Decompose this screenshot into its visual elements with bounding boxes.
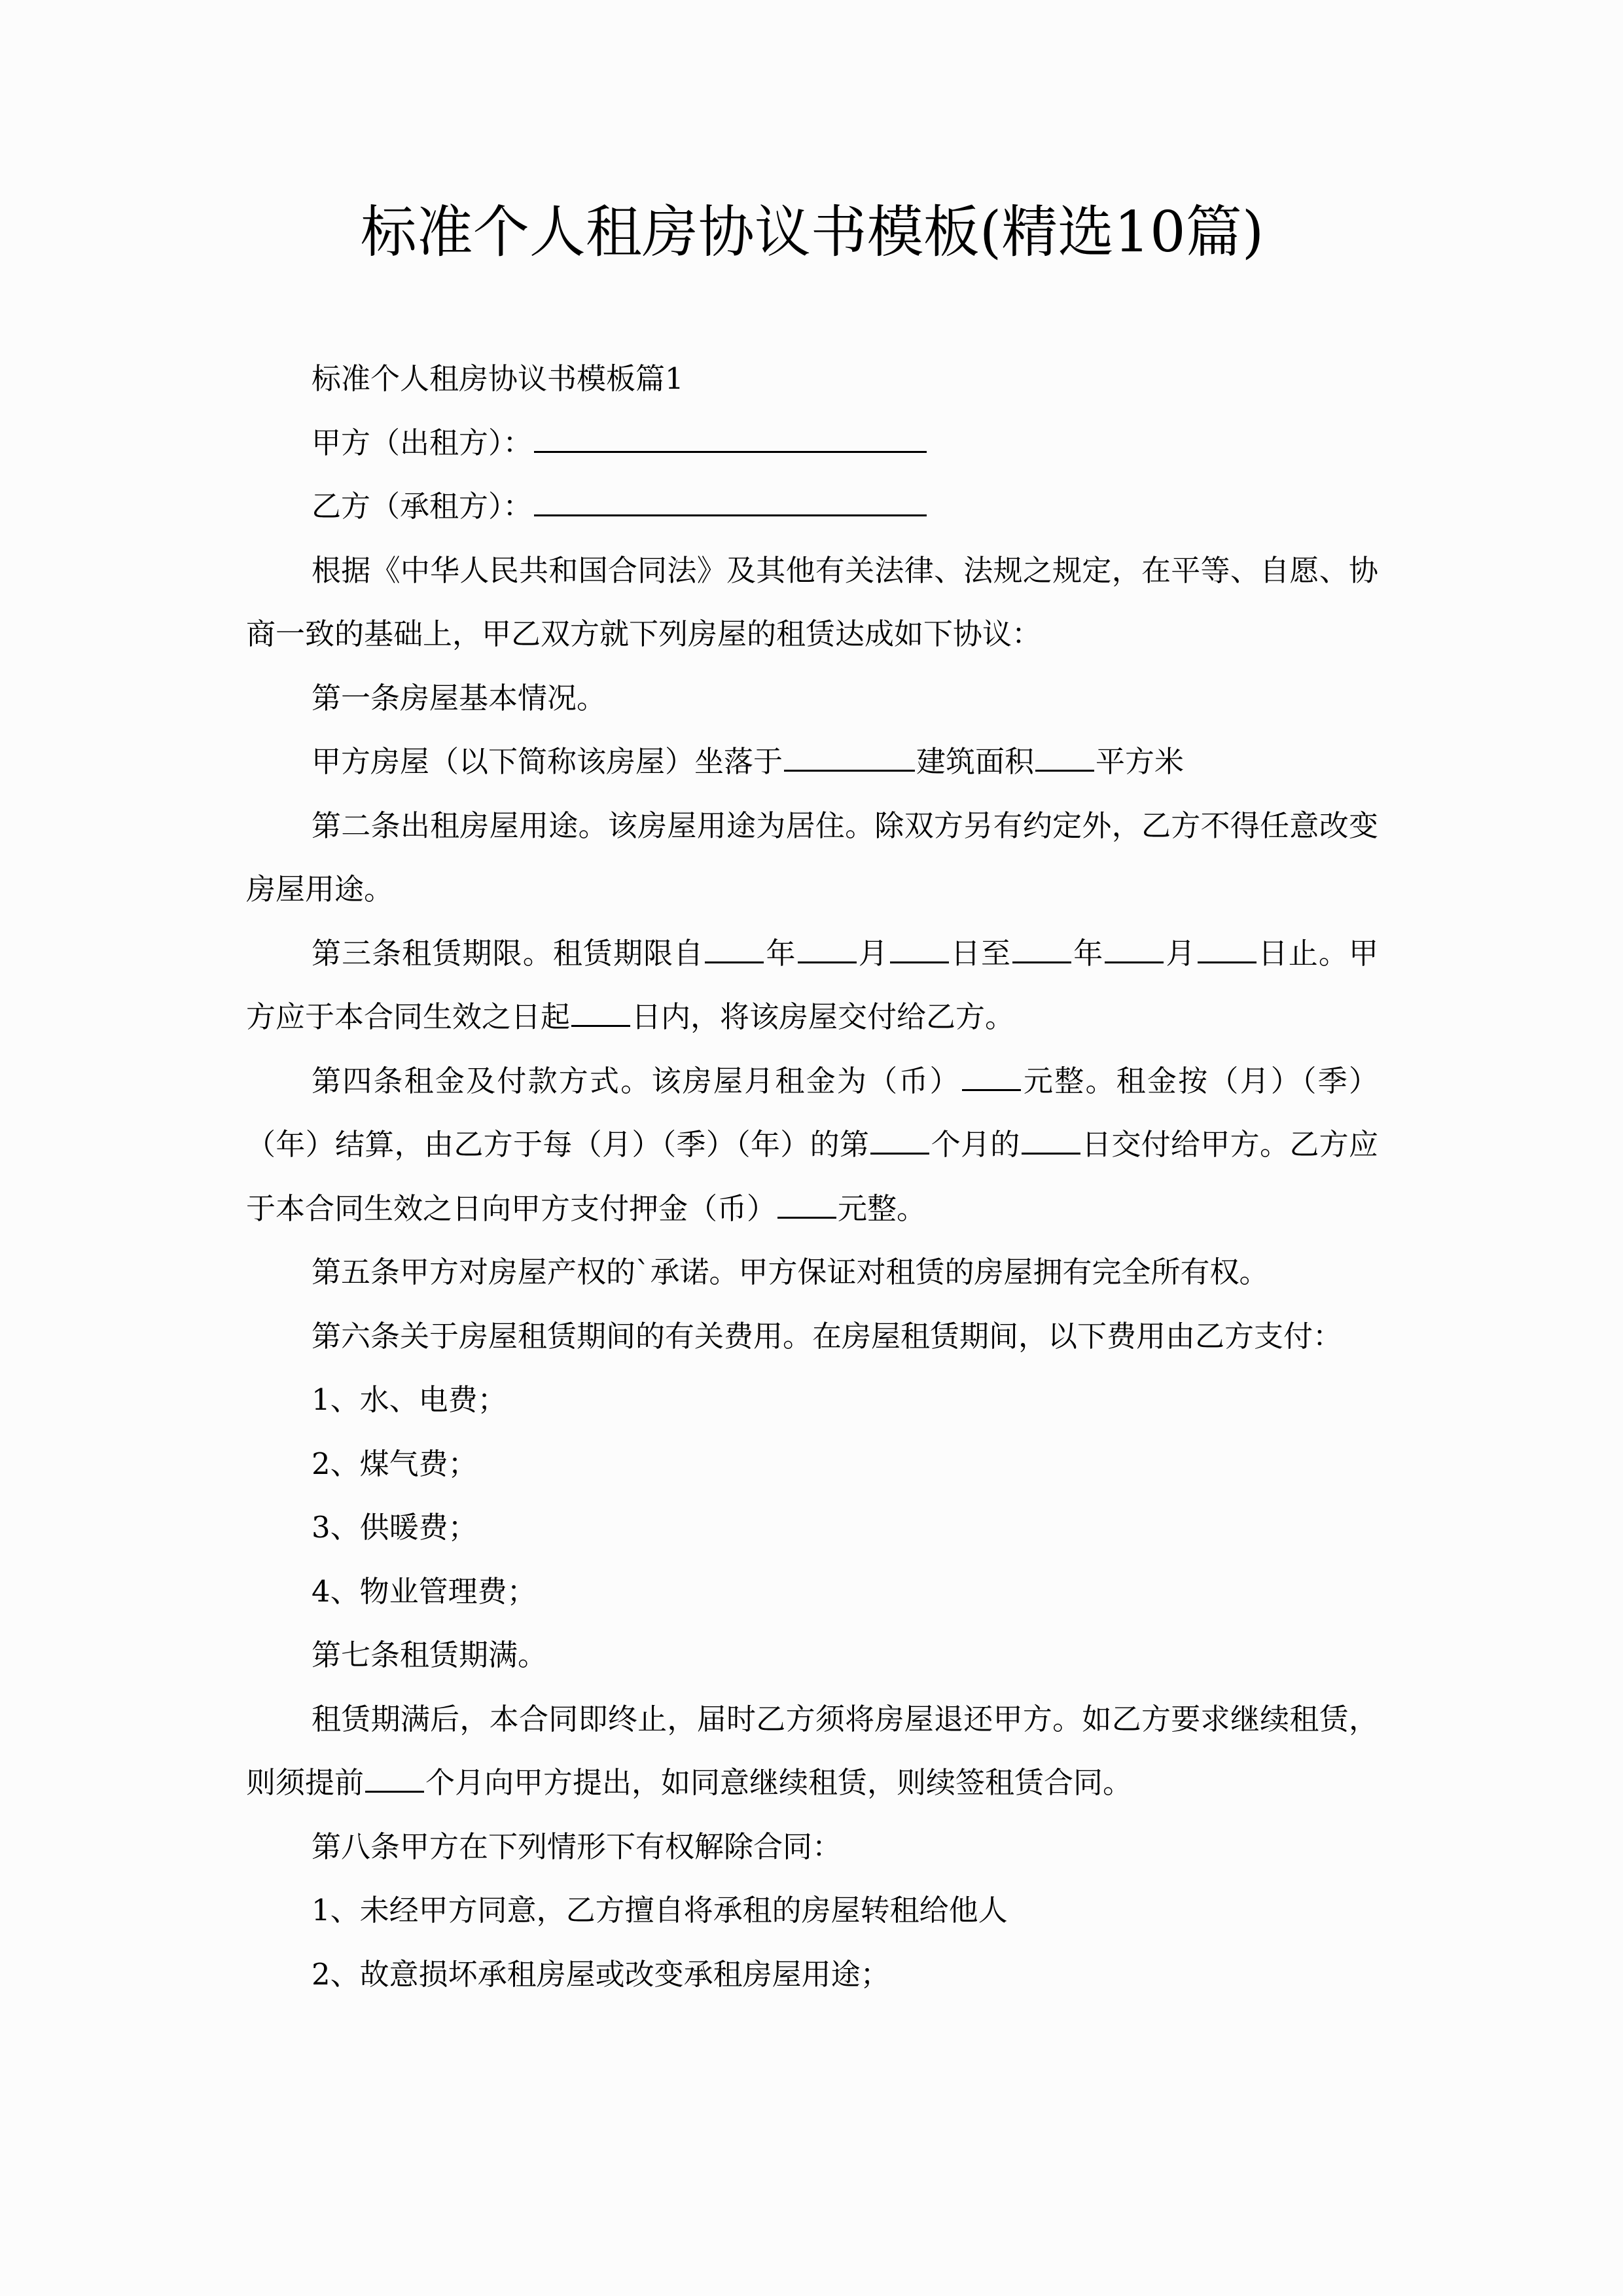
article-8-item: 1、未经甲方同意，乙方擅自将承租的房屋转租给他人 xyxy=(246,1878,1378,1943)
document-body: 标准个人租房协议书模板篇1 甲方（出租方）： 乙方（承租方）： 根据《中华人民共… xyxy=(246,347,1378,2006)
article-7-heading: 第七条租赁期满。 xyxy=(246,1623,1378,1687)
article-7-text: 租赁期满后，本合同即终止，届时乙方须将房屋退还甲方。如乙方要求继续租赁，则须提前… xyxy=(246,1687,1378,1815)
article-3: 第三条租赁期限。租赁期限自年月日至年月日止。甲方应于本合同生效之日起日内，将该房… xyxy=(246,922,1378,1049)
article-1-heading: 第一条房屋基本情况。 xyxy=(246,666,1378,730)
day-to-label: 日至 xyxy=(950,936,1011,971)
start-year-blank[interactable] xyxy=(705,937,764,963)
month-label: 月 xyxy=(858,936,889,971)
article-4: 第四条租金及付款方式。该房屋月租金为（币）元整。租金按（月）（季）（年）结算，由… xyxy=(246,1049,1378,1241)
party-a-label: 甲方（出租方）： xyxy=(312,425,533,460)
party-b-label: 乙方（承租方）： xyxy=(312,489,533,524)
end-year-blank[interactable] xyxy=(1012,937,1071,963)
deposit-blank[interactable] xyxy=(777,1192,836,1219)
article-7-text-end: 个月向甲方提出，如同意继续租赁，则续签租赁合同。 xyxy=(425,1765,1132,1800)
notice-months-blank[interactable] xyxy=(365,1766,424,1793)
year-label: 年 xyxy=(765,936,796,971)
end-day-blank[interactable] xyxy=(1198,937,1257,963)
month-label: 月 xyxy=(1165,936,1196,971)
payment-day-blank[interactable] xyxy=(1022,1128,1080,1155)
end-month-blank[interactable] xyxy=(1105,937,1164,963)
intro-paragraph: 根据《中华人民共和国合同法》及其他有关法律、法规之规定，在平等、自愿、协商一致的… xyxy=(246,539,1378,666)
payment-month-blank[interactable] xyxy=(870,1128,929,1155)
start-day-blank[interactable] xyxy=(890,937,949,963)
delivery-days-blank[interactable] xyxy=(571,1000,630,1027)
party-b-line: 乙方（承租方）： xyxy=(246,475,1378,539)
article-6-item: 3、供暖费； xyxy=(246,1496,1378,1560)
article-1-location-label: 甲方房屋（以下简称该房屋）坐落于 xyxy=(312,744,783,779)
article-6-heading: 第六条关于房屋租赁期间的有关费用。在房屋租赁期间，以下费用由乙方支付： xyxy=(246,1304,1378,1369)
article-8-item: 2、故意损坏承租房屋或改变承租房屋用途； xyxy=(246,1943,1378,2007)
article-3-delivery-end: 日内，将该房屋交付给乙方。 xyxy=(632,999,1014,1034)
year-label: 年 xyxy=(1073,936,1103,971)
article-3-text: 第三条租赁期限。租赁期限自 xyxy=(312,936,704,971)
document-title: 标准个人租房协议书模板(精选10篇) xyxy=(246,196,1378,268)
party-a-blank[interactable] xyxy=(534,426,927,453)
article-4-end: 元整。 xyxy=(838,1191,926,1226)
article-6-item: 4、物业管理费； xyxy=(246,1560,1378,1624)
article-4-text: 第四条租金及付款方式。该房屋月租金为（币） xyxy=(312,1064,961,1098)
start-month-blank[interactable] xyxy=(798,937,857,963)
area-blank[interactable] xyxy=(1035,745,1094,772)
article-4-month-of: 个月的 xyxy=(931,1127,1020,1162)
monthly-rent-blank[interactable] xyxy=(962,1064,1021,1091)
section-subtitle: 标准个人租房协议书模板篇1 xyxy=(246,347,1378,411)
party-b-blank[interactable] xyxy=(534,490,927,516)
article-1-text: 甲方房屋（以下简称该房屋）坐落于建筑面积平方米 xyxy=(246,730,1378,794)
article-1-unit: 平方米 xyxy=(1096,744,1184,779)
article-5: 第五条甲方对房屋产权的`承诺。甲方保证对租赁的房屋拥有完全所有权。 xyxy=(246,1240,1378,1304)
article-2: 第二条出租房屋用途。该房屋用途为居住。除双方另有约定外，乙方不得任意改变房屋用途… xyxy=(246,794,1378,922)
location-blank[interactable] xyxy=(784,745,915,772)
article-1-area-label: 建筑面积 xyxy=(916,744,1034,779)
article-6-item: 2、煤气费； xyxy=(246,1432,1378,1496)
party-a-line: 甲方（出租方）： xyxy=(246,411,1378,475)
day-end-label: 日止。 xyxy=(1258,936,1349,971)
article-6-item: 1、水、电费； xyxy=(246,1368,1378,1432)
article-8-heading: 第八条甲方在下列情形下有权解除合同： xyxy=(246,1815,1378,1879)
